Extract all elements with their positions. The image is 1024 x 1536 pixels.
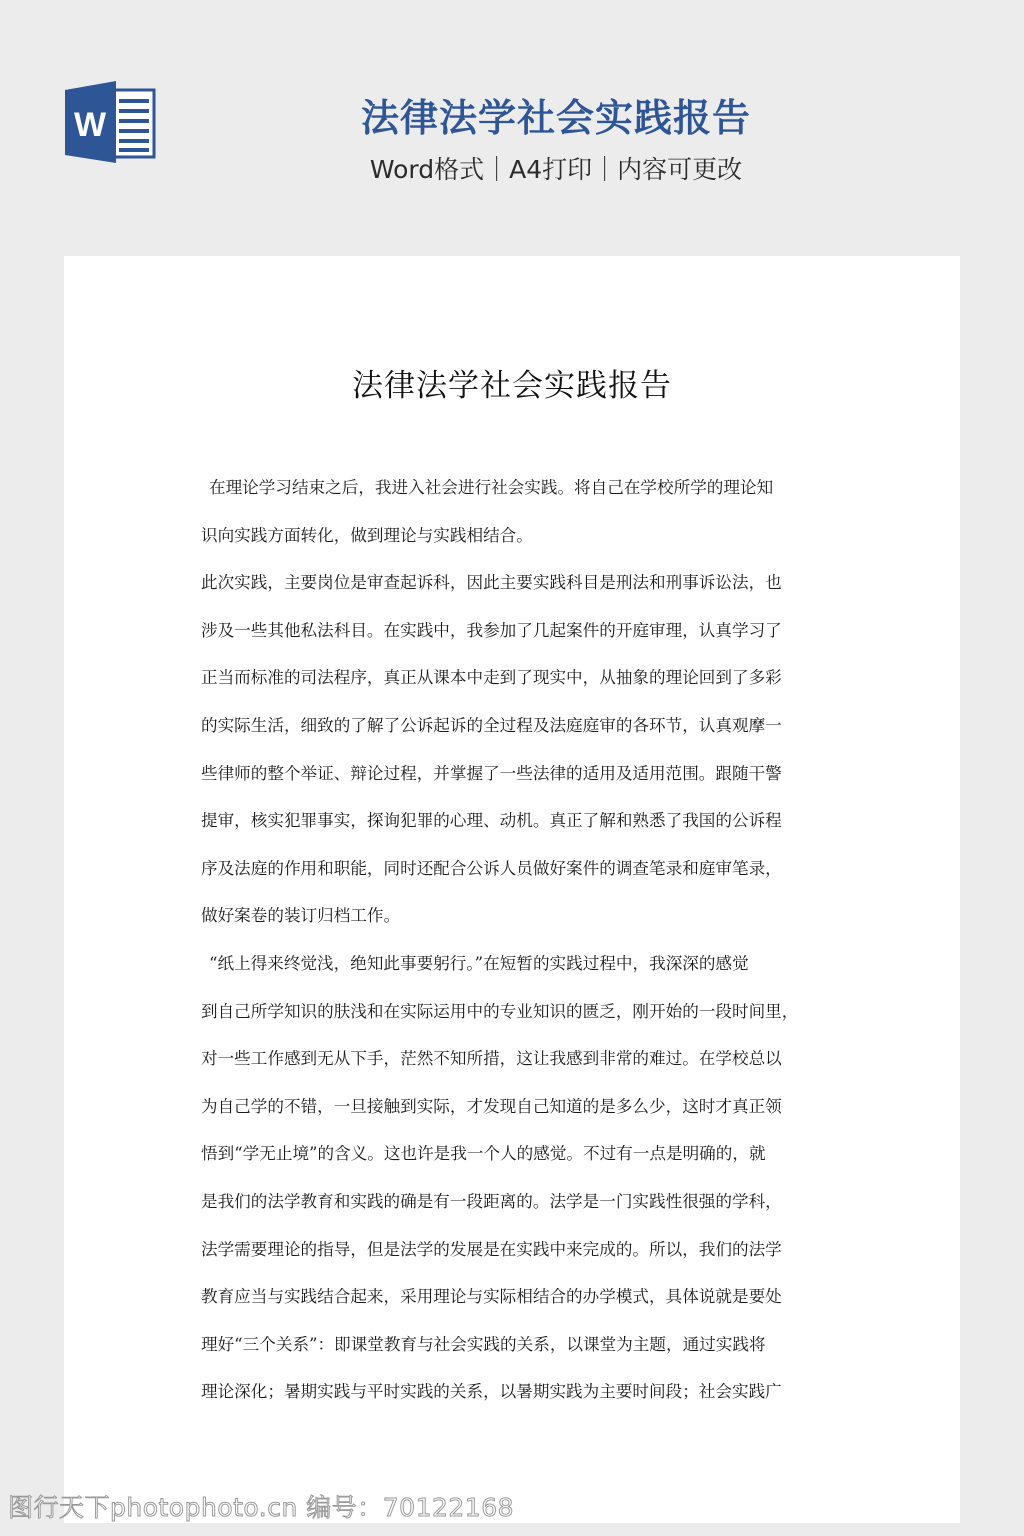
- document-line: 正当而标准的司法程序，真正从课本中走到了现实中，从抽象的理论回到了多彩: [201, 654, 837, 702]
- banner-header: W 法律法学社会实践报告 Word格式｜A4打印｜内容可更改: [0, 0, 1024, 256]
- document-title: 法律法学社会实践报告: [64, 364, 960, 408]
- document-line: 悟到“学无止境”的含义。这也许是我一个人的感觉。不过有一点是明确的，就: [201, 1130, 837, 1178]
- banner-title: 法律法学社会实践报告: [300, 93, 812, 143]
- document-line: 涉及一些其他私法科目。在实践中，我参加了几起案件的开庭审理，认真学习了: [201, 607, 837, 655]
- watermark-text: 图行天下photophoto.cn 编号：70122168: [8, 1490, 514, 1526]
- document-line: 些律师的整个举证、辩论过程，并掌握了一些法律的适用及适用范围。跟随干警: [201, 750, 837, 798]
- document-line: 提审，核实犯罪事实，探询犯罪的心理、动机。真正了解和熟悉了我国的公诉程: [201, 797, 837, 845]
- document-line: 此次实践，主要岗位是审查起诉科，因此主要实践科目是刑法和刑事诉讼法，也: [201, 559, 837, 607]
- banner-subtitle: Word格式｜A4打印｜内容可更改: [300, 152, 812, 188]
- document-line: “纸上得来终觉浅，绝知此事要躬行。”在短暂的实践过程中，我深深的感觉: [201, 940, 837, 988]
- document-line: 做好案卷的装订归档工作。: [201, 892, 837, 940]
- svg-text:W: W: [74, 106, 107, 144]
- document-line: 的实际生活，细致的了解了公诉起诉的全过程及法庭庭审的各环节，认真观摩一: [201, 702, 837, 750]
- document-line: 为自己学的不错，一旦接触到实际，才发现自己知道的是多么少，这时才真正领: [201, 1083, 837, 1131]
- document-body: 在理论学习结束之后，我进入社会进行社会实践。将自己在学校所学的理论知识向实践方面…: [201, 464, 837, 1416]
- document-line: 识向实践方面转化，做到理论与实践相结合。: [201, 512, 837, 560]
- document-line: 法学需要理论的指导，但是法学的发展是在实践中来完成的。所以，我们的法学: [201, 1226, 837, 1274]
- document-line: 理好“三个关系”：即课堂教育与社会实践的关系，以课堂为主题，通过实践将: [201, 1321, 837, 1369]
- document-line: 教育应当与实践结合起来，采用理论与实际相结合的办学模式，具体说就是要处: [201, 1273, 837, 1321]
- document-line: 对一些工作感到无从下手，茫然不知所措，这让我感到非常的难过。在学校总以: [201, 1035, 837, 1083]
- word-document-icon: W: [64, 81, 156, 163]
- document-line: 在理论学习结束之后，我进入社会进行社会实践。将自己在学校所学的理论知: [201, 464, 837, 512]
- document-line: 序及法庭的作用和职能，同时还配合公诉人员做好案件的调查笔录和庭审笔录，: [201, 845, 837, 893]
- document-line: 是我们的法学教育和实践的确是有一段距离的。法学是一门实践性很强的学科，: [201, 1178, 837, 1226]
- document-line: 理论深化；暑期实践与平时实践的关系，以暑期实践为主要时间段；社会实践广: [201, 1368, 837, 1416]
- document-line: 到自己所学知识的肤浅和在实际运用中的专业知识的匮乏，刚开始的一段时间里，: [201, 988, 837, 1036]
- document-page: 法律法学社会实践报告 在理论学习结束之后，我进入社会进行社会实践。将自己在学校所…: [64, 256, 960, 1523]
